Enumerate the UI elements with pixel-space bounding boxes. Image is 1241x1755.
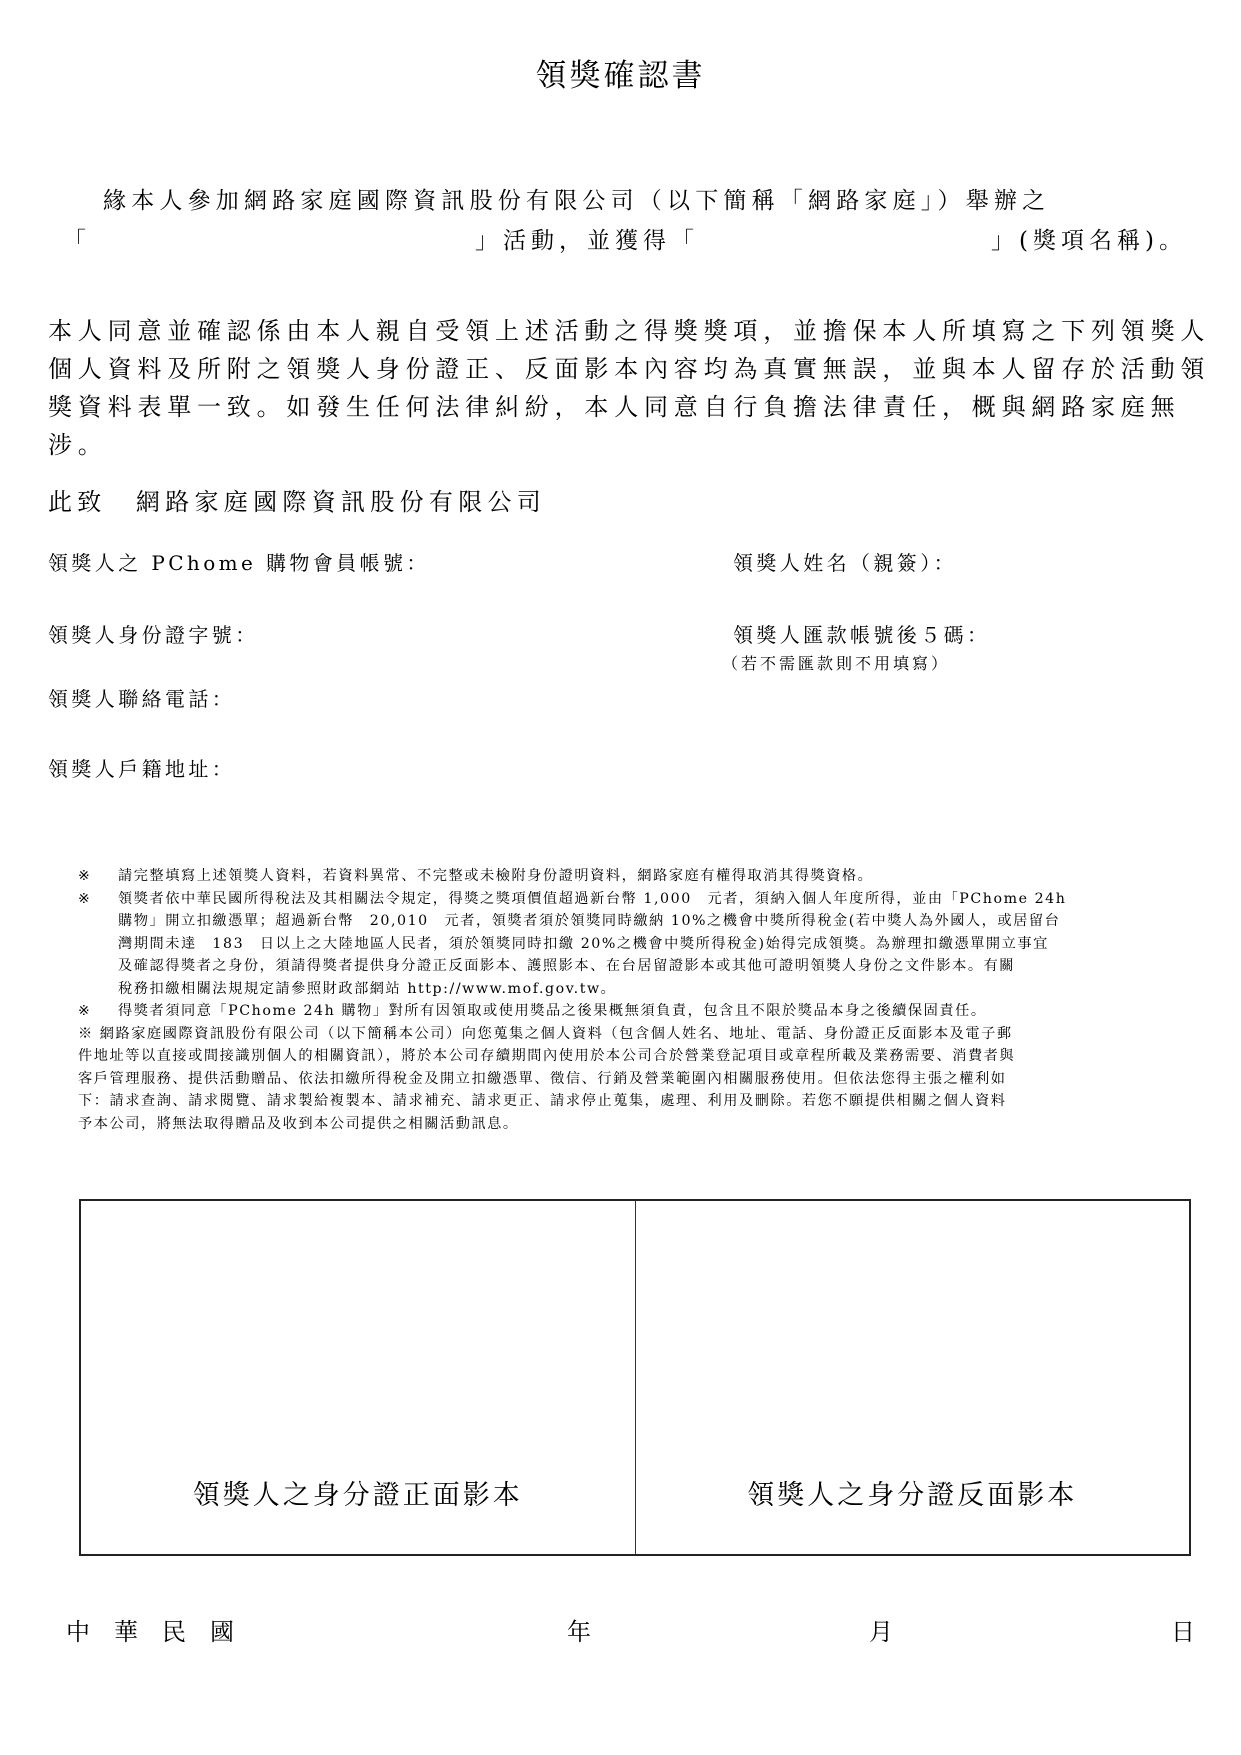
reference-mark-icon: ※ — [78, 1000, 90, 1023]
activity-open-quote: 「 — [63, 222, 91, 255]
field-id-number[interactable]: 領獎人身份證字號： — [48, 619, 259, 648]
declaration-line: 獎資料表單一致。如發生任何法律糾紛，本人同意自行負擔法律責任，概與網路家庭無 — [48, 388, 1198, 426]
date-day-label: 日 — [1171, 1612, 1195, 1647]
notes-section: ※ 請完整填寫上述領獎人資料，若資料異常、不完整或未檢附身份證明資料，網路家庭有… — [78, 865, 1198, 1135]
date-year-label: 年 — [567, 1612, 591, 1647]
intro-line-2: 「 」活動，並獲得「 」(獎項名稱)。 — [63, 222, 1193, 254]
privacy-note: ※ 網路家庭國際資訊股份有限公司（以下簡稱本公司）向您蒐集之個人資料（包含個人姓… — [78, 1023, 1198, 1136]
id-front-label: 領獎人之身分證正面影本 — [193, 1473, 523, 1512]
id-back-copy-area[interactable]: 領獎人之身分證反面影本 — [635, 1201, 1190, 1554]
date-era: 中 華 民 國 — [66, 1612, 234, 1647]
intro-line-1: 緣本人參加網路家庭國際資訊股份有限公司（以下簡稱「網路家庭」）舉辦之 — [103, 182, 1050, 215]
id-front-copy-area[interactable]: 領獎人之身分證正面影本 — [81, 1201, 635, 1554]
field-phone[interactable]: 領獎人聯絡電話： — [48, 683, 235, 712]
note-item: ※ 領獎者依中華民國所得稅法及其相關法令規定，得獎之獎項價值超過新台幣 1,00… — [78, 888, 1198, 1001]
declaration-line: 本人同意並確認係由本人親自受領上述活動之得獎獎項，並擔保本人所填寫之下列領獎人 — [48, 312, 1198, 350]
id-copy-attachment-box: 領獎人之身分證正面影本 領獎人之身分證反面影本 — [79, 1199, 1191, 1556]
reference-mark-icon: ※ — [78, 865, 90, 888]
declaration-line: 涉。 — [48, 426, 1198, 464]
field-address[interactable]: 領獎人戶籍地址： — [48, 753, 235, 782]
note-item: ※ 請完整填寫上述領獎人資料，若資料異常、不完整或未檢附身份證明資料，網路家庭有… — [78, 865, 1198, 888]
field-bank-last5[interactable]: 領獎人匯款帳號後５碼： — [733, 619, 990, 648]
id-back-label: 領獎人之身分證反面影本 — [747, 1473, 1077, 1512]
declaration-paragraph: 本人同意並確認係由本人親自受領上述活動之得獎獎項，並擔保本人所填寫之下列領獎人 … — [48, 312, 1198, 464]
field-pchome-account[interactable]: 領獎人之 PChome 購物會員帳號： — [48, 547, 430, 576]
reference-mark-icon: ※ — [78, 888, 90, 911]
prize-close-quote: 」(獎項名稱)。 — [991, 222, 1187, 255]
salutation: 此致 網路家庭國際資訊股份有限公司 — [48, 482, 546, 517]
activity-close-quote: 」活動，並獲得「 — [475, 222, 699, 255]
field-signed-name[interactable]: 領獎人姓名（親簽）： — [733, 547, 957, 576]
note-item: ※ 得獎者須同意「PChome 24h 購物」對所有因領取或使用獎品之後果概無須… — [78, 1000, 1198, 1023]
declaration-line: 個人資料及所附之領獎人身份證正、反面影本內容均為真實無誤，並與本人留存於活動領 — [48, 350, 1198, 388]
bank-field-note: （若不需匯款則不用填寫） — [722, 651, 950, 674]
date-month-label: 月 — [869, 1612, 893, 1647]
document-title: 領獎確認書 — [0, 50, 1241, 95]
